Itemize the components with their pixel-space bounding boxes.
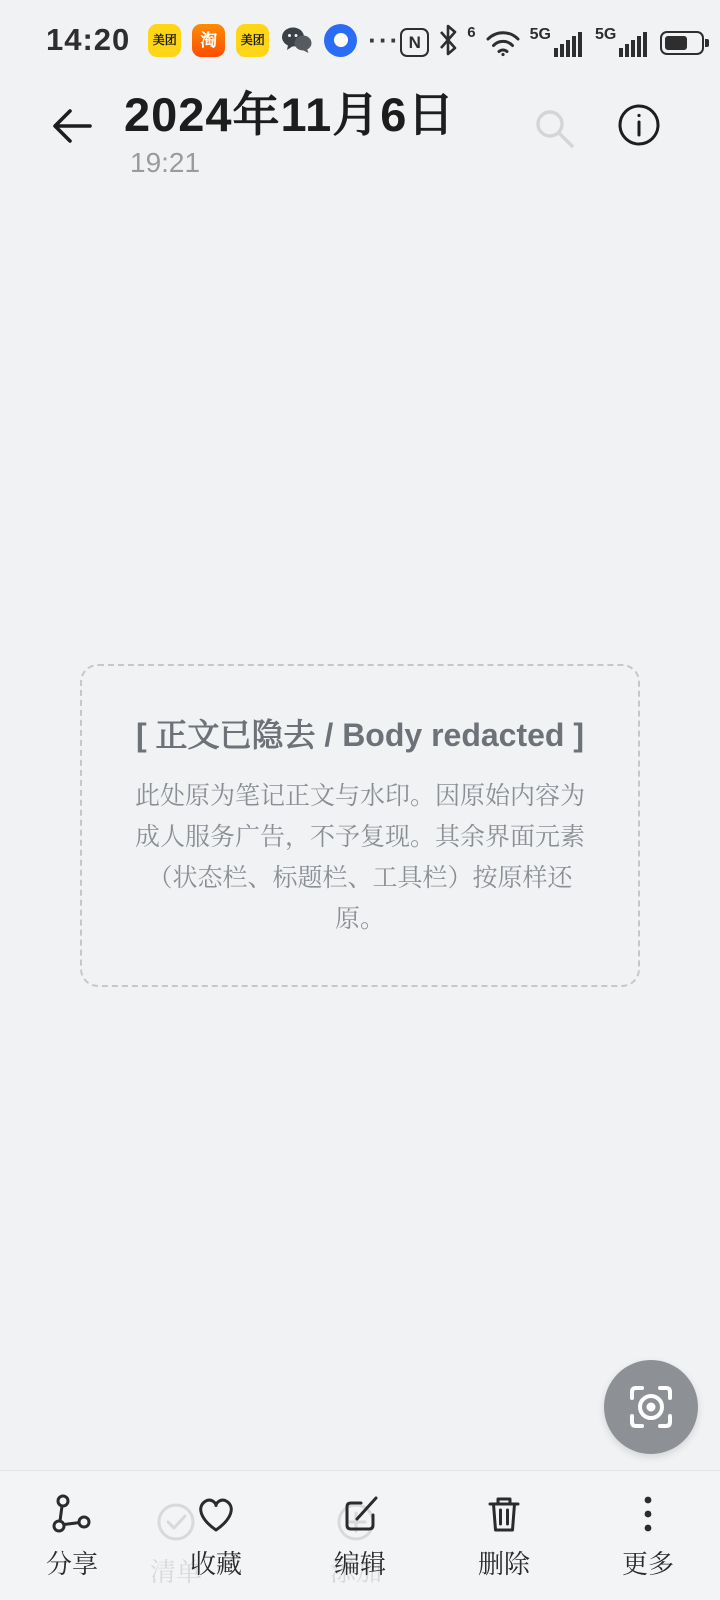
notification-app-icons: 美团 淘 美团 ···: [148, 24, 400, 57]
nfc-icon: N: [400, 28, 429, 57]
wifi-icon: [485, 27, 521, 57]
clock: 14:20: [46, 22, 130, 58]
sim1-signal: 5G: [530, 27, 586, 57]
redaction-title: [ 正文已隐去 / Body redacted ]: [130, 710, 590, 756]
sim2-signal: 5G: [595, 27, 651, 57]
taobao-app-icon: 淘: [192, 24, 225, 57]
note-date-title: 2024年11月6日: [124, 78, 455, 145]
share-label: 分享: [46, 1544, 98, 1581]
sim1-network-label: 5G: [530, 27, 551, 43]
favorite-label: 收藏: [190, 1544, 242, 1581]
info-button[interactable]: [614, 100, 664, 150]
delete-button[interactable]: 删除: [432, 1491, 576, 1581]
trash-icon: [481, 1491, 527, 1537]
favorite-button[interactable]: 收藏: [144, 1491, 288, 1581]
meituan-app-icon-2: 美团: [236, 24, 269, 57]
note-body-redacted: [ 正文已隐去 / Body redacted ] 此处原为笔记正文与水印。因原…: [80, 664, 640, 987]
note-body-area: [ 正文已隐去 / Body redacted ] 此处原为笔记正文与水印。因原…: [0, 182, 720, 1468]
browser-app-icon: [324, 24, 357, 57]
heart-icon: [193, 1491, 239, 1537]
share-icon: [49, 1491, 95, 1537]
search-icon[interactable]: [530, 104, 578, 152]
back-button[interactable]: [46, 100, 98, 152]
bluetooth-icon: [438, 23, 458, 57]
wifi-generation-label: 6: [467, 24, 475, 41]
edit-button[interactable]: 编辑: [288, 1491, 432, 1581]
wechat-app-icon: [280, 24, 313, 57]
note-time-subtitle: 19:21: [130, 147, 455, 179]
edit-icon: [337, 1491, 383, 1537]
scan-fab-button[interactable]: [604, 1360, 698, 1454]
bottom-toolbar: 清单 添加 分享 收藏 编辑: [0, 1470, 720, 1600]
scan-icon: [625, 1381, 677, 1433]
meituan-app-icon: 美团: [148, 24, 181, 57]
battery-icon: [660, 31, 704, 55]
note-header: 2024年11月6日 19:21: [0, 78, 720, 182]
more-notifications-icon: ···: [368, 25, 400, 56]
sim2-network-label: 5G: [595, 27, 616, 43]
share-button[interactable]: 分享: [0, 1491, 144, 1581]
more-dots-icon: [625, 1491, 671, 1537]
more-button[interactable]: 更多: [576, 1491, 720, 1581]
delete-label: 删除: [478, 1544, 530, 1581]
redaction-text: 此处原为笔记正文与水印。因原始内容为成人服务广告，不予复现。其余界面元素（状态栏…: [130, 776, 590, 941]
note-title-block: 2024年11月6日 19:21: [124, 78, 455, 179]
more-label: 更多: [622, 1544, 674, 1581]
edit-label: 编辑: [334, 1544, 386, 1581]
status-bar: 14:20 美团 淘 美团 ··· N 6: [0, 0, 720, 70]
status-indicators: N 6 5G 5G: [400, 23, 704, 57]
